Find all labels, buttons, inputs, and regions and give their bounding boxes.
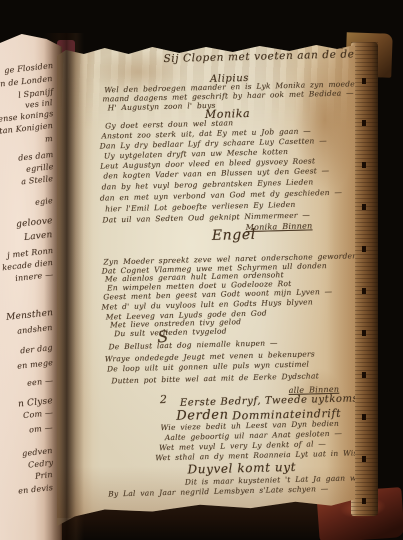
- left-page-line: Laven: [24, 230, 53, 243]
- left-page-line: en devis: [18, 483, 54, 496]
- left-page-line: Com —: [23, 408, 54, 420]
- dialogue-line: De Bellust laat dog niemalle knupen —: [108, 339, 277, 351]
- speaker-heading-engel: Engel: [212, 227, 256, 244]
- left-page-line: a Stelle: [21, 174, 54, 186]
- left-page-line: ge Flosiden: [4, 61, 54, 75]
- dialogue-line: Du sult verlieden tvygelod: [114, 328, 227, 338]
- left-page-line: Cedry: [27, 458, 53, 470]
- dialogue-line: H' Augustyn zoon l' buys: [108, 102, 216, 112]
- left-page-line: m: [45, 134, 54, 144]
- left-page-line: een —: [27, 376, 54, 388]
- left-page-line: innere —: [14, 270, 53, 283]
- left-page: ge Flosiden n de Londen l Spanijf ves in…: [0, 34, 62, 540]
- left-page-line: Prin: [35, 470, 54, 481]
- left-page-line: der dag: [20, 343, 53, 355]
- left-page-line: gedven: [22, 446, 53, 458]
- stage-direction-header: Sij Clopen met voeten aan de deur: [163, 48, 367, 65]
- right-page: 1 Sij Clopen met voeten aan de deur Alip…: [57, 42, 355, 526]
- left-page-line: egie: [35, 196, 54, 207]
- left-page-line: om —: [29, 423, 54, 434]
- margin-flourish-s: S: [157, 327, 168, 346]
- left-page-line: geloove: [16, 216, 53, 230]
- manuscript-text: 1 Sij Clopen met voeten aan de deur Alip…: [51, 38, 361, 529]
- left-page-line: en mege: [17, 358, 54, 371]
- left-page-line: andshen: [17, 323, 53, 336]
- dialogue-line: Dutten pot bitte wel aat mit de Eerke Dy…: [111, 372, 319, 385]
- left-page-line: Mensthen: [6, 308, 54, 323]
- stage-direction-duyvel: Duyvel komt uyt: [187, 460, 296, 477]
- left-page-line: des dam: [17, 150, 53, 163]
- manuscript-photo: ge Flosiden n de Londen l Spanijf ves in…: [0, 0, 403, 540]
- dialogue-line: By Lal van Jaar negrild Lemsbyen s'Late …: [108, 485, 329, 498]
- margin-mark-2: 2: [160, 393, 167, 406]
- left-page-line: n de Londen: [0, 74, 53, 88]
- left-page-line: egrille: [25, 162, 53, 174]
- left-page-line: tan Konigien: [0, 121, 53, 136]
- book-fore-edge: [351, 42, 378, 516]
- left-page-line: ves inl: [25, 98, 53, 110]
